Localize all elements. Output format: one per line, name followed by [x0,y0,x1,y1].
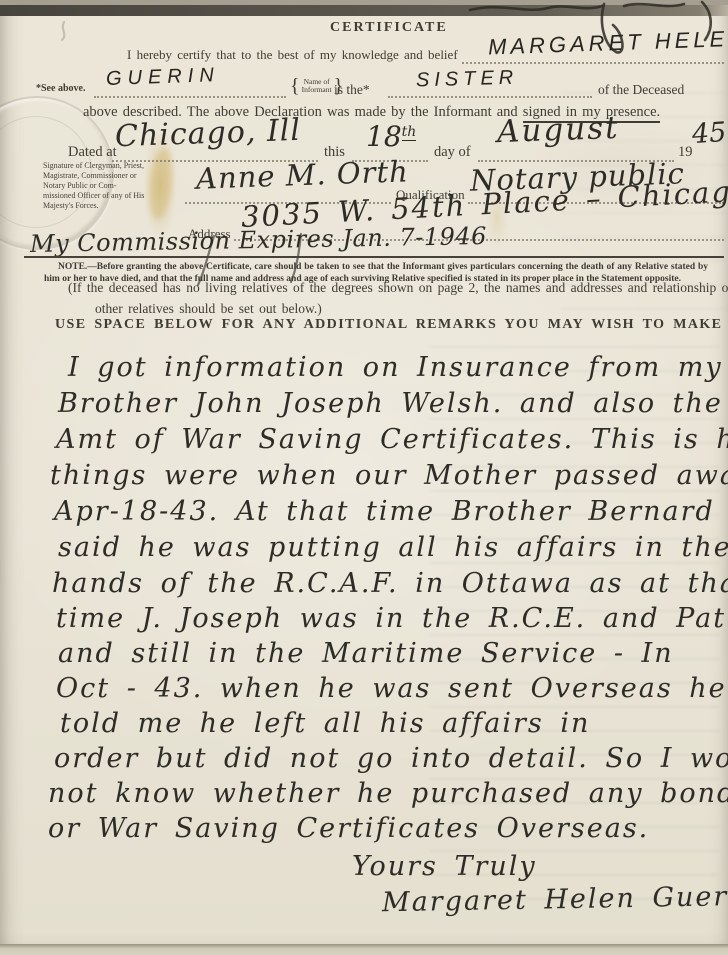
remark-line: or War Saving Certificates Overseas. [48,813,649,844]
day-of-label: day of [434,144,471,161]
dated-at-label: Dated at [68,144,117,161]
remark-line: Amt of War Saving Certificates. This is … [56,424,728,455]
form-dotted-line [94,95,286,98]
remark-line: and still in the Maritime Service - In [58,638,674,669]
written-month: August [496,110,620,150]
written-given-names: MARGARET HELEN [488,25,728,60]
page-top-shadow [0,5,728,16]
remark-line: hands of the R.C.A.F. in Ottawa as at th… [52,568,728,599]
written-commission-expiry: My Commission Expires Jan. 7-1946 [30,222,487,258]
remark-line: told me he left all his affairs in [60,708,590,739]
form-dotted-line [462,61,724,64]
written-relationship: SISTER [416,67,519,93]
written-surname: GUERIN [106,64,221,91]
written-year: 45 [691,117,727,150]
is-the-label: is the* [334,82,370,98]
see-above-note: *See above. [36,83,85,94]
remark-line: order but did not go into detail. So I w… [54,743,728,774]
brace-left-icon: { [290,77,300,95]
written-signature: Margaret Helen Guerin [382,881,728,919]
remark-line: Apr-18-43. At that time Brother Bernard [54,496,715,527]
remark-line: I got information on Insurance from my [68,352,723,383]
written-notary-signature: Anne M. Orth [195,154,409,195]
remark-line: time J. Joseph was in the R.C.E. and Pat… [56,603,728,634]
page-bottom-edge [0,944,728,955]
remark-line: said he was putting all his affairs in t… [58,532,728,563]
certificate-document-page: CERTIFICATE I hereby certify that to the… [0,0,728,955]
valediction: Yours Truly [352,851,537,882]
certify-printed-text: I hereby certify that to the best of my … [127,47,458,63]
remarks-heading: USE SPACE BELOW FOR ANY ADDITIONAL REMAR… [55,317,722,333]
remark-line: things were when our Mother passed away … [50,460,728,491]
written-day: 18th [366,120,416,153]
of-the-deceased-label: of the Deceased [598,82,684,98]
page-title: CERTIFICATE [330,20,448,36]
remark-line: not know whether he purchased any bonds [48,778,728,809]
bracket-line-2: Informant [302,86,332,94]
horizontal-rule [24,256,724,258]
remark-line: Oct - 43. when he was sent Overseas he [56,673,727,704]
remark-line: Brother John Joseph Welsh. and also the [58,388,723,419]
relatives-instruction: (If the deceased has no living relatives… [68,277,728,319]
written-place: Chicago, Ill [114,113,301,154]
form-dotted-line [388,95,592,98]
signature-margin-label: Signature of Clergyman, Priest, Magistra… [43,161,145,211]
